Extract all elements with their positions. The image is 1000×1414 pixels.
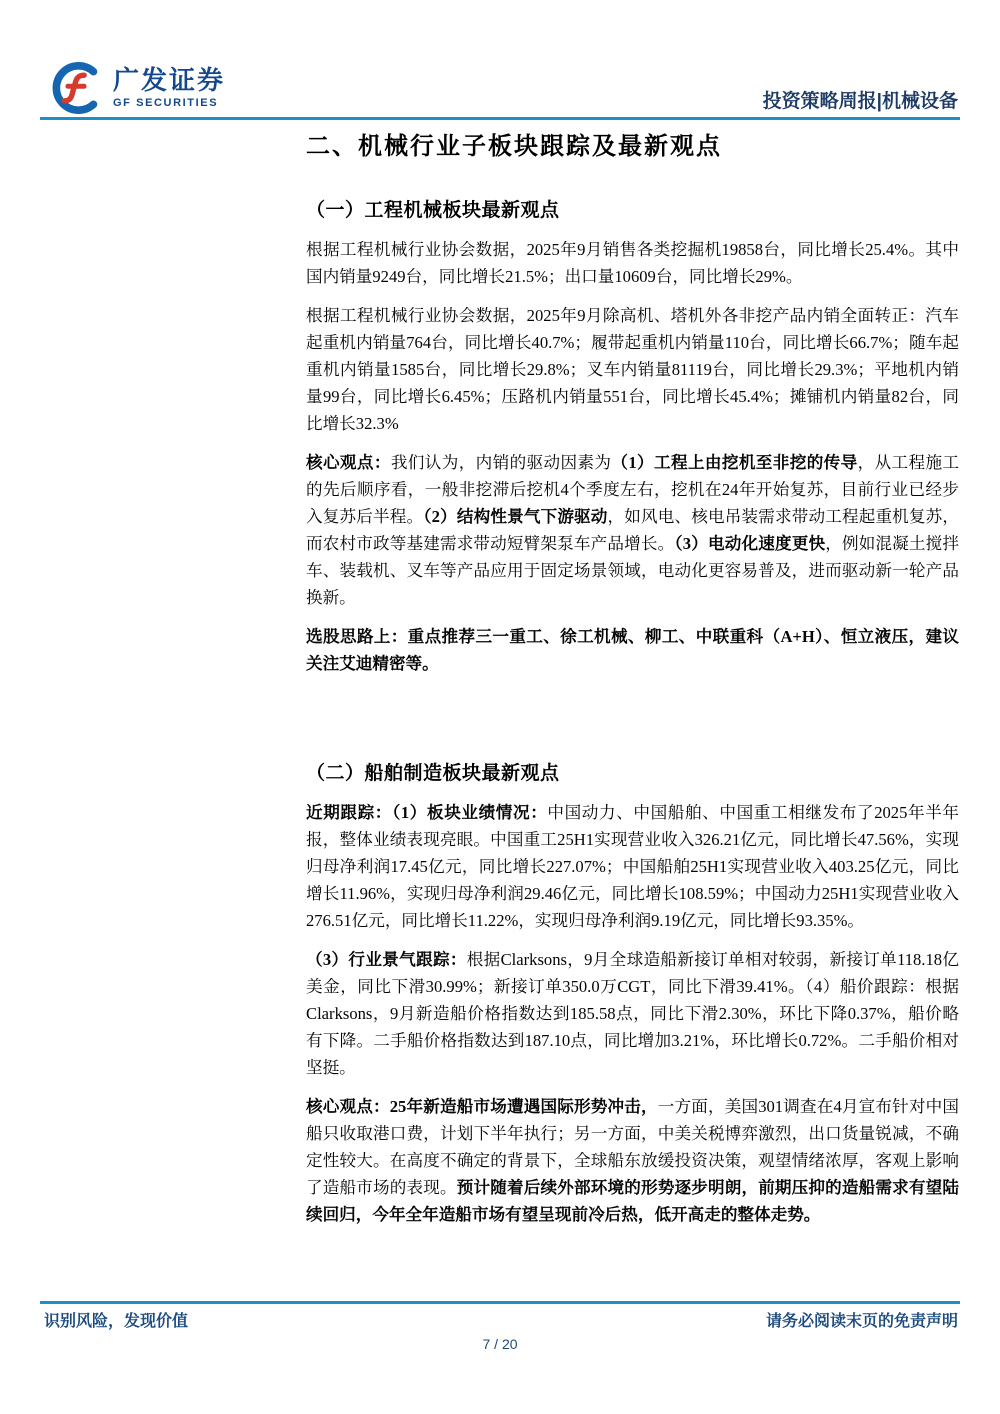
paragraph: 核心观点：我们认为，内销的驱动因素为（1）工程上由挖机至非挖的传导，从工程施工的…: [306, 449, 959, 611]
gf-securities-logo: 广发证券 GF SECURITIES: [48, 60, 225, 116]
gf-logo-icon: [48, 60, 104, 116]
report-page: 广发证券 GF SECURITIES 投资策略周报|机械设备 二、机械行业子板块…: [0, 0, 1000, 1414]
text-run: 选股思路上：重点推荐三一重工、徐工机械、柳工、中联重科（A+H）、恒立液压，建议…: [306, 627, 959, 673]
text-run: （3）电动化速度更快: [674, 534, 825, 553]
footer-divider: [40, 1301, 960, 1304]
paragraph: 核心观点：25年新造船市场遭遇国际形势冲击，一方面，美国301调查在4月宣布针对…: [306, 1093, 959, 1228]
footer-disclaimer-note: 请务必阅读末页的免责声明: [766, 1308, 958, 1331]
text-run: 根据工程机械行业协会数据，2025年9月除高机、塔机外各非挖产品内销全面转正：汽…: [306, 306, 959, 433]
logo-name-en: GF SECURITIES: [113, 98, 225, 109]
report-section: （一）工程机械板块最新观点根据工程机械行业协会数据，2025年9月销售各类挖掘机…: [306, 198, 959, 677]
paragraph: 近期跟踪：（1）板块业绩情况：中国动力、中国船舶、中国重工相继发布了2025年半…: [306, 799, 959, 934]
text-run: 根据工程机械行业协会数据，2025年9月销售各类挖掘机19858台，同比增长25…: [306, 240, 959, 286]
section-heading: （二）船舶制造板块最新观点: [306, 761, 959, 787]
paragraph: （3）行业景气跟踪：根据Clarksons，9月全球造船新接订单相对较弱，新接订…: [306, 946, 959, 1081]
sections: （一）工程机械板块最新观点根据工程机械行业协会数据，2025年9月销售各类挖掘机…: [306, 198, 959, 1228]
text-run: 近期跟踪：（1）板块业绩情况：: [306, 803, 547, 822]
page-number: 7 / 20: [0, 1336, 1000, 1352]
page-title: 二、机械行业子板块跟踪及最新观点: [306, 130, 959, 164]
footer-slogan: 识别风险，发现价值: [44, 1308, 188, 1331]
section-heading: （一）工程机械板块最新观点: [306, 198, 959, 224]
footer-row: 识别风险，发现价值 请务必阅读末页的免责声明: [44, 1308, 958, 1331]
paragraph: 根据工程机械行业协会数据，2025年9月销售各类挖掘机19858台，同比增长25…: [306, 236, 959, 290]
logo-text: 广发证券 GF SECURITIES: [113, 67, 225, 109]
text-run: 根据Clarksons，9月全球造船新接订单相对较弱，新接订单118.18亿美金…: [306, 950, 959, 1077]
text-run: （2）结构性景气下游驱动: [423, 507, 607, 526]
text-run: 核心观点：: [306, 453, 391, 472]
report-body: 二、机械行业子板块跟踪及最新观点 （一）工程机械板块最新观点根据工程机械行业协会…: [306, 130, 959, 1228]
text-run: 我们认为，内销的驱动因素为: [391, 453, 612, 472]
report-section: （二）船舶制造板块最新观点近期跟踪：（1）板块业绩情况：中国动力、中国船舶、中国…: [306, 761, 959, 1228]
report-series-label: 投资策略周报|机械设备: [763, 86, 958, 113]
text-run: （1）工程上由挖机至非挖的传导: [611, 453, 857, 472]
text-run: （3）行业景气跟踪：: [306, 950, 467, 969]
header-divider: [40, 117, 960, 120]
paragraph: 根据工程机械行业协会数据，2025年9月除高机、塔机外各非挖产品内销全面转正：汽…: [306, 302, 959, 437]
paragraph: 选股思路上：重点推荐三一重工、徐工机械、柳工、中联重科（A+H）、恒立液压，建议…: [306, 623, 959, 677]
text-run: 核心观点：25年新造船市场遭遇国际形势冲击，: [306, 1097, 658, 1116]
text-run: 中国动力、中国船舶、中国重工相继发布了2025年半年报，整体业绩表现亮眼。中国重…: [306, 803, 959, 930]
logo-name-cn: 广发证券: [113, 67, 225, 93]
